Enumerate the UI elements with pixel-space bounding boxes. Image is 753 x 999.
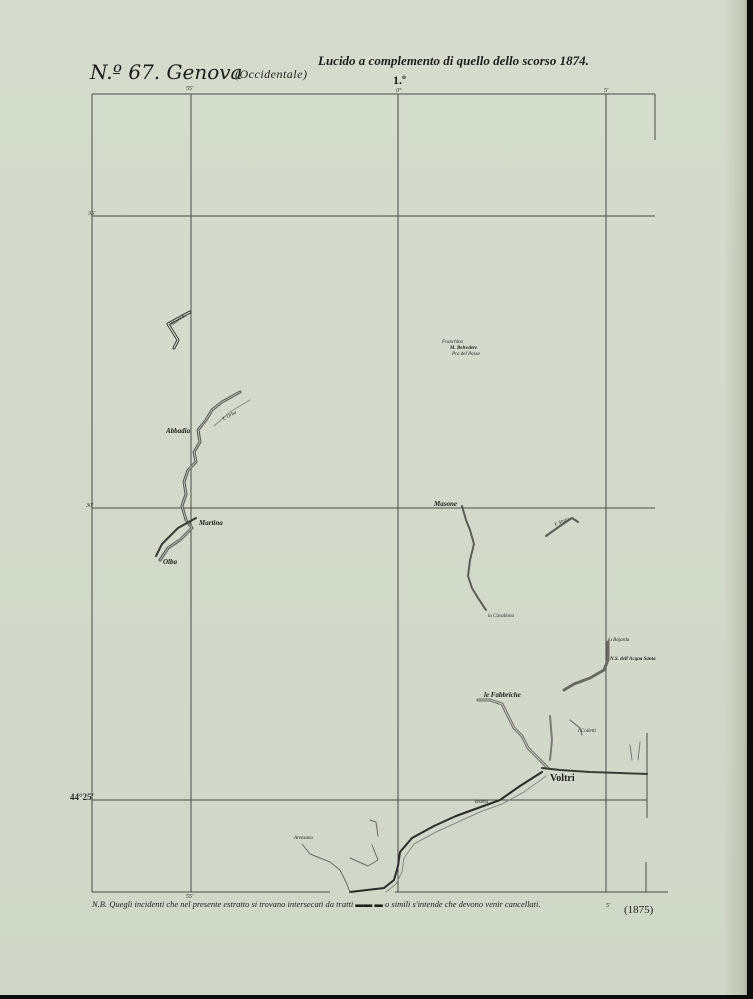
place-la-bajarda: la Bajarda	[608, 638, 629, 643]
place-le-fabbriche: le Fabbriche	[484, 691, 521, 699]
lon-tick-bottom-right: 5'	[606, 903, 610, 909]
place-pra-del-passo: Pra del Passo	[452, 352, 480, 357]
scan-border-right	[747, 0, 753, 999]
roads	[156, 312, 647, 892]
place-ns-acqua-santa: N.S. dell'Acqua Santa	[610, 657, 656, 662]
lon-tick-top-left: 55'	[186, 86, 193, 92]
road-coastal-west	[350, 772, 542, 892]
stream-arenzano	[302, 844, 350, 892]
road-acqua-santa	[564, 642, 608, 690]
lon-tick-top-center: 0°	[396, 88, 401, 94]
place-arenzano: Arenzano	[294, 836, 313, 841]
sheet-title: N.º 67. Genova	[90, 60, 242, 84]
place-i-colletti: I Colletti	[578, 729, 596, 734]
footer-note: N.B. Quegli incidenti che nel presente e…	[92, 899, 541, 909]
place-vesima: Vesima	[474, 800, 488, 805]
lat-tick-30: 30'	[86, 503, 93, 509]
sheet-subtitle: (Occidentale)	[235, 67, 307, 82]
place-franchino: Franchino	[442, 340, 463, 345]
map-canvas	[0, 0, 753, 999]
scan-border-bottom	[0, 995, 753, 999]
header-note: Lucido a complemento di quello dello sco…	[318, 53, 589, 69]
place-voltri: Voltri	[550, 773, 575, 784]
place-martina: Martina	[199, 519, 223, 527]
place-olba: Olba	[163, 558, 177, 566]
lon-tick-top-right: 5'	[604, 88, 608, 94]
place-abbadia: Abbadia	[166, 427, 190, 435]
place-m-belvedere: M. Belvedere	[450, 346, 477, 351]
lat-tick-44-25: 44°25'	[70, 792, 94, 802]
lat-tick-35: 35'	[88, 211, 95, 217]
place-la-cavallona: la Cavallona	[488, 614, 514, 619]
sheet-year: (1875)	[624, 904, 653, 916]
road-masone	[462, 506, 486, 610]
place-masone: Masone	[434, 500, 457, 508]
sheet-number: 1.º	[393, 73, 406, 88]
